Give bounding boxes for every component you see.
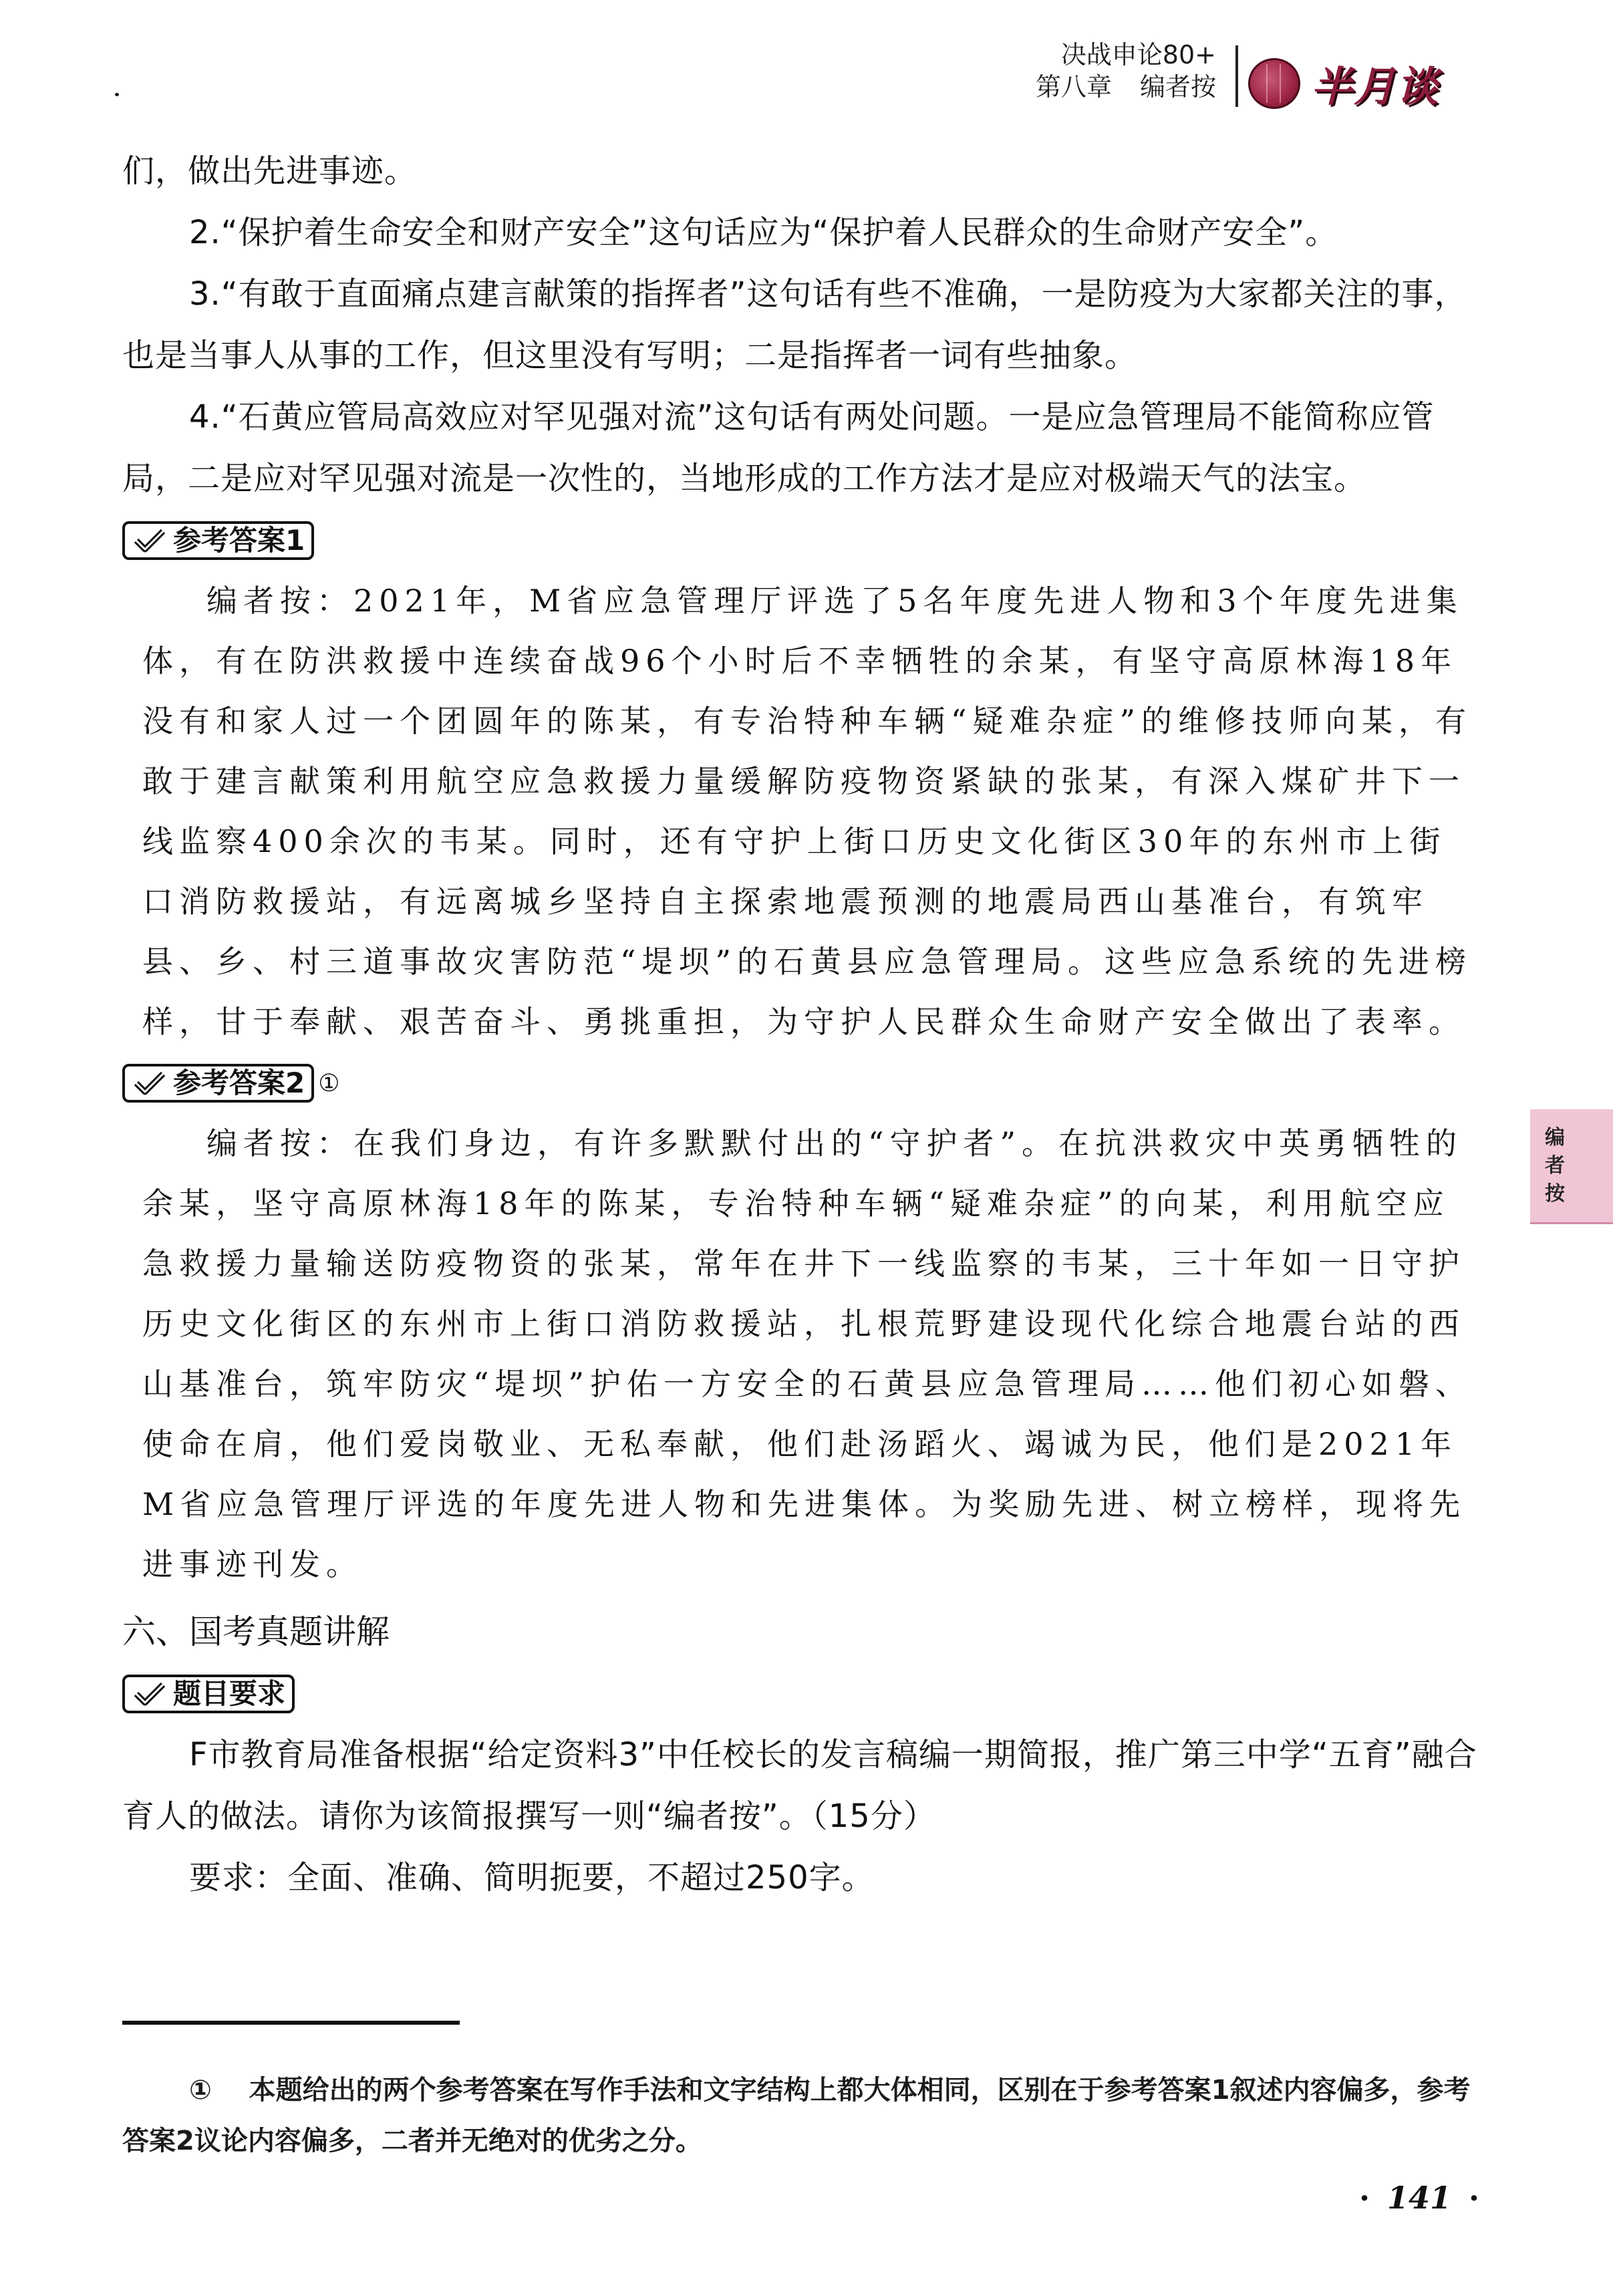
question-text: F市教育局准备根据“给定资料3”中任校长的发言稿编一期简报，推广第三中学“五育”… [122, 1724, 1479, 1847]
footnote-divider [122, 2021, 460, 2025]
bullet-dot: · [1469, 2180, 1479, 2216]
answer1-label-text: 参考答案1 [173, 521, 305, 560]
side-tab-char: 者 [1545, 1152, 1565, 1180]
footnote: ① 本题给出的两个参考答案在写作手法和文字结构上都大体相同，区别在于参考答案1叙… [122, 2065, 1479, 2166]
answer1-block: 编者按：2021年，M省应急管理厅评选了5名年度先进人物和3个年度先进集体，有在… [122, 571, 1479, 1052]
intro-continuation: 们，做出先进事迹。 [122, 140, 1479, 202]
book-page: 决战申论80+ 第八章 编者按 半月谈 们，做出先进事迹。 2.“保护着生命安全… [0, 0, 1613, 2296]
footnote-body: ① 本题给出的两个参考答案在写作手法和文字结构上都大体相同，区别在于参考答案1叙… [122, 2065, 1479, 2166]
page-number-value: 141 [1387, 2180, 1451, 2216]
point-3: 3.“有敢于直面痛点建言献策的指挥者”这句话有些不准确，一是防疫为大家都关注的事… [122, 263, 1479, 386]
book-title: 决战申论80+ [1036, 39, 1216, 71]
header-divider [1235, 45, 1238, 107]
footnote-reference[interactable]: ① [318, 1070, 339, 1097]
chapter-number: 第八章 [1036, 72, 1112, 102]
answer1-label-row: 参考答案1 [122, 513, 1479, 568]
logo-text: 半月谈 [1311, 53, 1439, 113]
globe-icon [1248, 58, 1300, 109]
publisher-logo: 半月谈 [1248, 53, 1439, 113]
answer2-label-text: 参考答案2 [173, 1064, 305, 1103]
scan-artifact [115, 93, 119, 96]
requirement-label-row: 题目要求 [122, 1667, 1479, 1721]
check-icon [133, 1070, 166, 1097]
bullet-dot: · [1359, 2180, 1370, 2216]
answer2-label: 参考答案2 [122, 1064, 314, 1103]
chapter-topic: 编者按 [1140, 72, 1216, 102]
page-number: ·141· [1342, 2180, 1497, 2216]
requirement-label: 题目要求 [122, 1675, 295, 1713]
side-tab-char: 编 [1545, 1124, 1565, 1152]
footnote-text: 本题给出的两个参考答案在写作手法和文字结构上都大体相同，区别在于参考答案1叙述内… [122, 2075, 1470, 2156]
requirements-text: 要求：全面、准确、简明扼要，不超过250字。 [122, 1847, 1479, 1908]
check-icon [133, 527, 166, 554]
point-4: 4.“石黄应管局高效应对罕见强对流”这句话有两处问题。一是应急管理局不能简称应管… [122, 386, 1479, 509]
answer1-label: 参考答案1 [122, 521, 314, 560]
check-icon [133, 1681, 166, 1707]
chapter-side-tab[interactable]: 编 者 按 [1530, 1109, 1613, 1224]
main-content: 们，做出先进事迹。 2.“保护着生命安全和财产安全”这句话应为“保护着人民群众的… [122, 140, 1479, 1908]
answer2-text: 编者按：在我们身边，有许多默默付出的“守护者”。在抗洪救灾中英勇牺牲的余某，坚守… [142, 1113, 1479, 1594]
footnote-marker: ① [189, 2075, 212, 2106]
chapter-line: 第八章 编者按 [1036, 71, 1216, 103]
section-heading: 六、国考真题讲解 [122, 1601, 1479, 1663]
answer2-block: 编者按：在我们身边，有许多默默付出的“守护者”。在抗洪救灾中英勇牺牲的余某，坚守… [122, 1113, 1479, 1594]
answer2-label-row: 参考答案2 ① [122, 1056, 1479, 1111]
running-header: 决战申论80+ 第八章 编者按 [1036, 39, 1216, 103]
point-2: 2.“保护着生命安全和财产安全”这句话应为“保护着人民群众的生命财产安全”。 [122, 202, 1479, 263]
requirement-label-text: 题目要求 [173, 1675, 285, 1713]
answer1-text: 编者按：2021年，M省应急管理厅评选了5名年度先进人物和3个年度先进集体，有在… [142, 571, 1479, 1052]
side-tab-char: 按 [1545, 1180, 1565, 1208]
